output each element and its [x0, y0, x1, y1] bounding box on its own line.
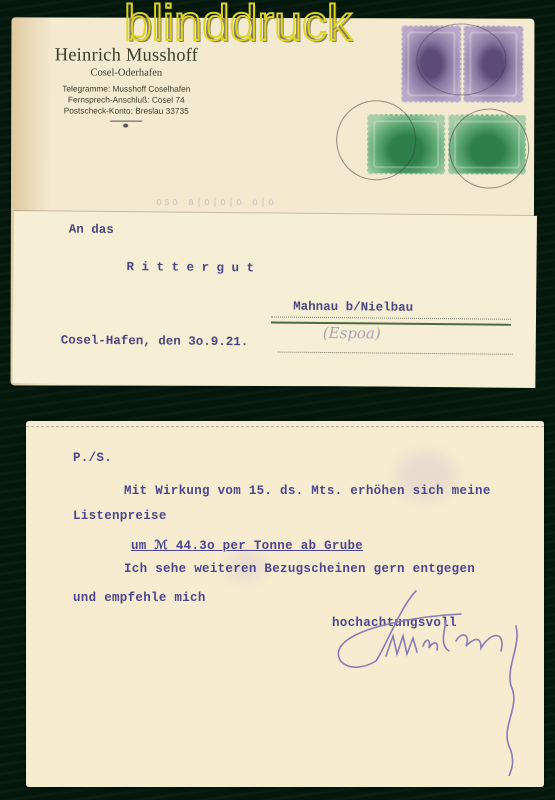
watermark-text: blinddruck [124, 0, 352, 52]
body-line-2: Listenpreise [73, 509, 167, 523]
ps-heading: P./S. [73, 451, 112, 465]
telegram-line: Telegramme: Musshoff Coselhafen [11, 83, 241, 95]
address-destination: Mahnau b/Nielbau [293, 300, 413, 315]
postal-account-line: Postscheck-Konto: Breslau 33735 [11, 105, 241, 117]
address-recipient: R i t t e r g u t [126, 260, 254, 275]
sender-city: Cosel-Oderhafen [11, 67, 241, 79]
place-date: Cosel-Hafen, den 3o.9.21. [61, 333, 249, 349]
address-label: An das R i t t e r g u t Mahnau b/Nielba… [12, 211, 537, 388]
pencil-note: (Espoa) [323, 324, 381, 343]
body-line-1: Mit Wirkung vom 15. ds. Mts. erhöhen sic… [124, 484, 491, 498]
postmark-icon [449, 108, 529, 188]
postcard-back: P./S. Mit Wirkung vom 15. ds. Mts. erhöh… [26, 421, 544, 787]
address-line-1: An das [69, 223, 114, 237]
address-underline [271, 321, 511, 325]
ornament-icon [110, 121, 142, 122]
sender-contact: Telegramme: Musshoff Coselhafen Fernspre… [11, 83, 241, 117]
address-dotted-line [271, 316, 511, 319]
postmark-icon [416, 23, 506, 95]
faint-offset-text: oso a|o|o|o o|o [156, 198, 276, 209]
letterhead: Heinrich Musshoff Cosel-Oderhafen Telegr… [11, 45, 241, 122]
signature-icon [331, 586, 541, 776]
body-line-4: Ich sehe weiteren Bezugscheinen gern ent… [124, 562, 475, 576]
perforation-edge [26, 426, 544, 427]
price-increase-line: um ℳ 44.3o per Tonne ab Grube [131, 537, 363, 553]
date-dotted-line [278, 352, 513, 355]
body-line-5: und empfehle mich [73, 591, 206, 605]
phone-line: Fernsprech-Anschluß: Cosel 74 [11, 94, 241, 106]
postmark-icon [336, 100, 416, 180]
